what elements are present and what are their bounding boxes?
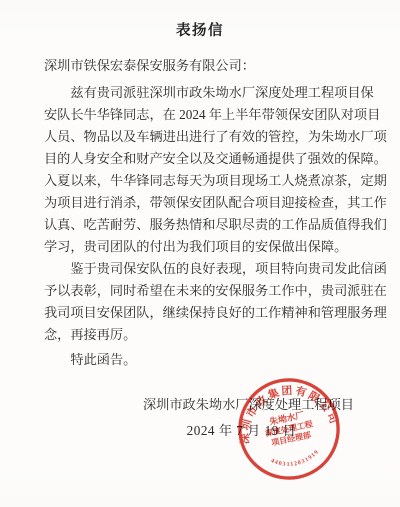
body-line: 认真、吃苦耐劳、服务热情和尽职尽责的工作品质值得我们 bbox=[44, 214, 356, 236]
commendation-letter-page: 表扬信 深圳市铁保宏泰保安服务有限公司： 兹有贵司派驻深圳市政朱坳水厂深度处理工… bbox=[0, 0, 400, 507]
letter-paragraphs: 兹有贵司派驻深圳市政朱坳水厂深度处理工程项目保安队长牛华锋同志，在 2024 年… bbox=[44, 82, 356, 371]
letter-body: 深圳市铁保宏泰保安服务有限公司： 兹有贵司派驻深圳市政朱坳水厂深度处理工程项目保… bbox=[44, 55, 356, 371]
body-line: 兹有贵司派驻深圳市政朱坳水厂深度处理工程项目保 bbox=[44, 82, 356, 104]
body-line: 学习，贵司团队的付出为我们项目的安保做出保障。 bbox=[44, 236, 356, 258]
body-line: 目的人身安全和财产安全以及交通畅通提供了强效的保障。 bbox=[44, 148, 356, 170]
signature-block: 深圳市政朱坳水厂深度处理工程项目 2024 年 7 月 19 日 bbox=[143, 394, 354, 442]
signature-org: 深圳市政朱坳水厂深度处理工程项目 bbox=[143, 394, 354, 416]
body-line: 安队长牛华锋同志，在 2024 年上半年带领保安团队对项目 bbox=[44, 104, 356, 126]
body-line: 我司项目安保团队，继续保持良好的工作精神和管理服务理 bbox=[44, 302, 356, 324]
letter-title: 表扬信 bbox=[0, 19, 400, 40]
body-line: 为项目进行消杀，带领保安团队配合项目迎接检查，其工作 bbox=[44, 192, 356, 214]
signature-date: 2024 年 7 月 19 日 bbox=[143, 420, 354, 442]
body-line: 予以表彰，同时希望在未来的安保服务工作中，贵司派驻在 bbox=[44, 280, 356, 302]
seal-serial-number: 4403112031919 bbox=[269, 448, 323, 472]
body-line: 鉴于贵司保安队伍的良好表现，项目特向贵司发此信函 bbox=[44, 258, 356, 280]
body-line: 念，再接再厉。 bbox=[44, 324, 356, 346]
body-line: 人员、物品以及车辆进出进行了有效的管控，为朱坳水厂项 bbox=[44, 126, 356, 148]
body-line: 入夏以来，牛华锋同志每天为项目现场工人烧煮凉茶，定期 bbox=[44, 170, 356, 192]
body-line: 特此函告。 bbox=[44, 349, 356, 371]
svg-text:4403112031919: 4403112031919 bbox=[269, 448, 323, 472]
letter-salutation: 深圳市铁保宏泰保安服务有限公司： bbox=[44, 55, 356, 77]
